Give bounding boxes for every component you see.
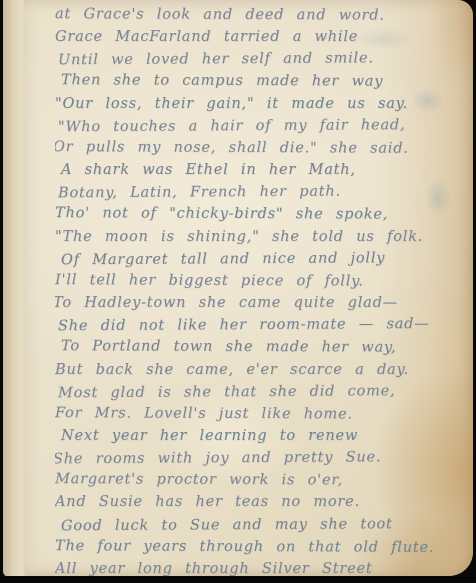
handwriting-line: "Who touches a hair of my fair head,: [58, 114, 465, 139]
handwriting-line: She did not like her room-mate — sad—: [58, 313, 465, 338]
handwriting-line: I'll tell her biggest piece of folly.: [55, 269, 465, 293]
handwriting-line: To Portland town she made her way,: [61, 335, 465, 359]
handwriting-line: Then she to campus made her way: [61, 70, 465, 94]
handwriting-line: For Mrs. Lovell's just like home.: [55, 402, 465, 426]
handwriting-line: Most glad is she that she did come,: [58, 379, 465, 404]
handwriting-line: But back she came, e'er scarce a day.: [55, 359, 465, 381]
handwriting-line: Tho' not of "chicky-birds" she spoke,: [55, 203, 465, 227]
handwriting-line: Grace MacFarland tarried a while: [55, 26, 465, 48]
handwriting-line: "Our loss, their gain," it made us say.: [55, 93, 465, 115]
handwriting-line: Botany, Latin, French her path.: [58, 180, 465, 205]
handwriting-line: To Hadley-town she came quite glad—: [55, 292, 465, 314]
handwriting-line: The four years through on that old flute…: [55, 535, 465, 559]
scanned-document: { "document": { "kind": "handwritten pag…: [0, 0, 476, 583]
scanner-bed-edge: [0, 576, 476, 583]
handwriting-line: Until we loved her self and smile.: [58, 47, 465, 72]
scanned-page: at Grace's look and deed and word.Grace …: [24, 0, 473, 576]
handwriting-line: at Grace's look and deed and word.: [55, 4, 465, 27]
handwriting-line: Or pulls my nose, shall die." she said.: [55, 136, 465, 160]
handwriting-line: Margaret's proctor work is o'er,: [55, 468, 465, 492]
handwriting-line: Good luck to Sue and may she toot: [61, 512, 465, 537]
handwritten-text: at Grace's look and deed and word.Grace …: [55, 4, 465, 576]
handwriting-line: She rooms with joy and pretty Sue.: [55, 446, 465, 471]
handwriting-line: Next year her learning to renew: [61, 425, 465, 447]
handwriting-line: Of Margaret tall and nice and jolly: [61, 246, 465, 271]
handwriting-line: All year long through Silver Street: [55, 558, 465, 576]
handwriting-line: And Susie has her teas no more.: [55, 491, 465, 513]
handwriting-line: A shark was Ethel in her Math,: [61, 159, 465, 181]
handwriting-line: "The moon is shining," she told us folk.: [55, 226, 465, 248]
